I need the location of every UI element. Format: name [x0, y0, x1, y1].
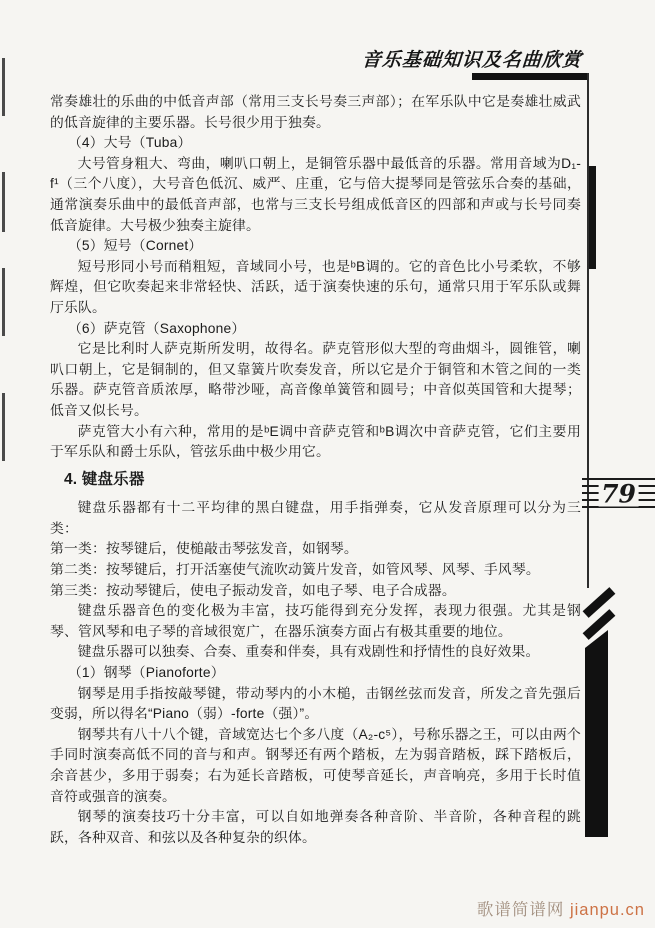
- item-heading: （1）钢琴（Pianoforte）: [50, 663, 581, 684]
- paragraph: 第二类：按琴键后，打开活塞使气流吹动簧片发音，如管风琴、风琴、手风琴。: [50, 560, 581, 581]
- watermark-site-name: 歌谱简谱网: [477, 901, 565, 919]
- paragraph: 钢琴共有八十八个键，音域宽达七个多八度（A₂-c⁵），号称乐器之王，可以由两个手…: [50, 725, 581, 807]
- item-heading: （5）短号（Cornet）: [50, 236, 581, 257]
- paragraph: 常奏雄壮的乐曲的中低音声部（常用三支长号奏三声部）；在军乐队中它是奏雄壮威武的低…: [50, 92, 581, 133]
- paragraph: 它是比利时人萨克斯所发明，故得名。萨克管形似大型的弯曲烟斗，圆锥管，喇叭口朝上，…: [50, 339, 581, 421]
- section-heading: 4. 键盘乐器: [50, 470, 581, 491]
- paragraph: 第一类：按琴键后，使槌敲击琴弦发音，如钢琴。: [50, 539, 581, 560]
- header-rule: [472, 73, 589, 80]
- paragraph: 键盘乐器可以独奏、合奏、重奏和伴奏，具有戏剧性和抒情性的良好效果。: [50, 642, 581, 663]
- binding-mark: [2, 172, 5, 232]
- paragraph: 键盘乐器音色的变化极为丰富，技巧能得到充分发挥，表现力很强。尤其是钢琴、管风琴和…: [50, 601, 581, 642]
- paragraph: 键盘乐器都有十二平均律的黑白键盘，用手指弹奏，它从发音原理可以分为三类：: [50, 498, 581, 539]
- binding-mark: [2, 393, 5, 461]
- watermark: 歌谱简谱网 jianpu.cn: [477, 896, 645, 920]
- paragraph: 大号管身粗大、弯曲，喇叭口朝上，是铜管乐器中最低音的乐器。常用音域为D₁-f¹（…: [50, 154, 581, 236]
- edge-decoration-lower-bar: [585, 630, 608, 837]
- item-heading: （4）大号（Tuba）: [50, 133, 581, 154]
- paragraph: 第三类：按动琴键后，使电子振动发音，如电子琴、电子合成器。: [50, 581, 581, 602]
- binding-mark: [2, 58, 5, 116]
- page-content: 常奏雄壮的乐曲的中低音声部（常用三支长号奏三声部）；在军乐队中它是奏雄壮威武的低…: [50, 92, 581, 848]
- paragraph: 萨克管大小有六种，常用的是ᵇE调中音萨克管和ᵇB调次中音萨克管，它们主要用于军乐…: [50, 422, 581, 463]
- edge-decoration-upper-bar: [589, 166, 596, 269]
- page-number-badge: 79: [582, 475, 655, 512]
- book-page: 音乐基础知识及名曲欣赏 79 常奏雄壮的乐曲的中低音声部（常用三支长号奏三声部）…: [0, 0, 655, 928]
- binding-mark: [2, 268, 5, 336]
- page-number: 79: [598, 481, 639, 506]
- paragraph: 钢琴是用手指按敲琴键，带动琴内的小木槌，击钢丝弦而发音，所发之音先强后变弱，所以…: [50, 684, 581, 725]
- watermark-site-url: jianpu.cn: [570, 901, 645, 919]
- paragraph: 短号形同小号而稍粗短，音域同小号，也是ᵇB调的。它的音色比小号柔软，不够辉煌，但…: [50, 257, 581, 319]
- page-header-title: 音乐基础知识及名曲欣赏: [355, 45, 583, 72]
- paragraph: 钢琴的演奏技巧十分丰富，可以自如地弹奏各种音阶、半音阶，各种音程的跳跃，各种双音…: [50, 807, 581, 848]
- item-heading: （6）萨克管（Saxophone）: [50, 319, 581, 340]
